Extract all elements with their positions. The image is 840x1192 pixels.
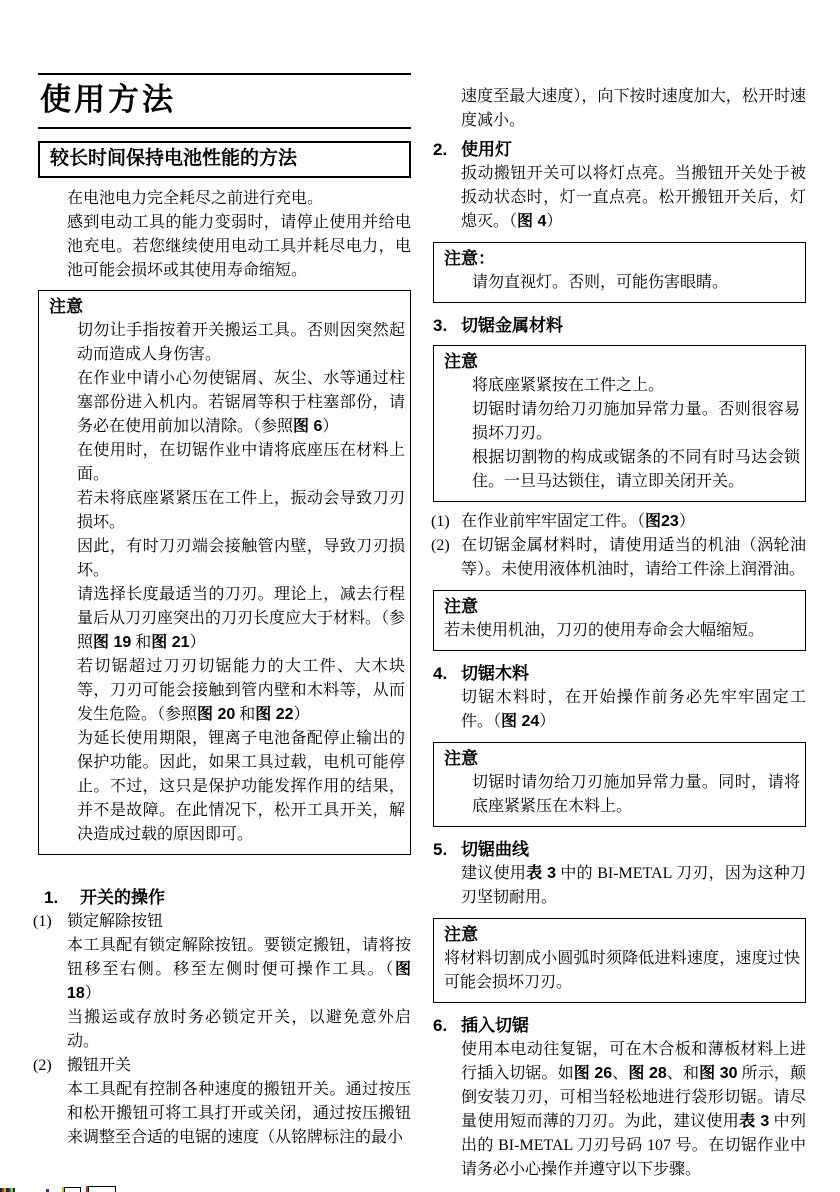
section-2-heading: 2. 使用灯 [433,137,806,162]
wood-caution-box: 注意 切锯时请勿给刀刃施加异常力量。同时，请将底座紧紧压在木料上。 [433,742,806,827]
section-6-heading: 6. 插入切锯 [433,1013,806,1038]
note-text: 请勿直视灯。否则，可能伤害眼睛。 [472,271,800,295]
list-item-text: 在作业前牢牢固定工件。（图23） [461,510,806,534]
manual-page: 使用方法 较长时间保持电池性能的方法 在电池电力完全耗尽之前进行充电。 感到电动… [0,0,840,1192]
paragraph: 本工具配有锁定解除按钮。要锁定搬钮，请将按钮移至右侧。移至左侧时便可操作工具。（… [67,934,411,1006]
list-marker: (2) [431,534,461,582]
page-edge-artifact [88,1186,116,1192]
battery-para-1: 在电池电力完全耗尽之前进行充电。 [67,187,411,211]
section-number: 5. [433,837,461,862]
two-column-layout: 使用方法 较长时间保持电池性能的方法 在电池电力完全耗尽之前进行充电。 感到电动… [0,0,840,1182]
paragraph: 使用本电动往复锯，可在木合板和薄板材料上进行插入切锯。如图 26、图 28、和图… [461,1038,806,1182]
list-marker: (1) [431,510,461,534]
section-4-heading: 4. 切锯木料 [433,661,806,686]
section-3-heading: 3. 切锯金属材料 [433,313,806,338]
section-number: 4. [433,661,461,686]
page-edge-artifact [0,1188,15,1192]
caution-item: 为延长使用期限，锂离子电池备配停止输出的保护功能。因此，如果工具过载，电机可能停… [77,727,405,847]
section-title: 使用灯 [461,137,512,162]
section-1-heading: 1. 开关的操作 [38,885,411,910]
section-title: 切锯木料 [461,661,529,686]
metal-caution-box: 注意 将底座紧紧按在工件之上。 切锯时请勿给刀刃施加异常力量。否则很容易损坏刀刃… [433,345,806,502]
paragraph: 当搬运或存放时务必锁定开关，以避免意外启动。 [67,1006,411,1054]
caution-item: 切锯时请勿给刀刃施加异常力量。否则很容易损坏刀刃。 [472,398,800,446]
caution-text: 切锯时请勿给刀刃施加异常力量。同时，请将底座紧紧压在木料上。 [472,771,800,819]
section-title: 切锯曲线 [461,837,529,862]
paragraph: 本工具配有控制各种速度的搬钮开关。通过按压和松开搬钮可将工具打开或关闭，通过按压… [67,1078,411,1150]
caution-label: 注意 [444,349,800,374]
caution-item: 若切锯超过刀刃切锯能力的大工件、大木块等，刀刃可能会接触到管内壁和木料等，从而发… [77,655,405,727]
caution-item: 将底座紧紧按在工件之上。 [472,374,800,398]
list-item-1: (1) 锁定解除按钮 [33,910,411,934]
caution-item: 若未将底座紧紧压在工件上，振动会导致刀刃损坏。 [77,487,405,535]
list-marker: (1) [33,910,67,934]
oil-note-box: 注意 若未使用机油，刀刃的使用寿命会大幅缩短。 [433,590,806,651]
list-item-title: 锁定解除按钮 [67,910,411,934]
section-title: 切锯金属材料 [461,313,563,338]
main-caution-box: 注意 切勿让手指按着开关搬运工具。否则因突然起动而造成人身伤害。 在作业中请小心… [38,290,411,855]
caution-item: 请选择长度最适当的刀刃。理论上，减去行程量后从刀刃座突出的刀刃长度应大于材料。（… [77,583,405,655]
caution-item: 因此，有时刀刃端会接触管内壁，导致刀刃损坏。 [77,535,405,583]
paragraph: 扳动搬钮开关可以将灯点亮。当搬钮开关处于被扳动状态时，灯一直点亮。松开搬钮开关后… [461,162,806,234]
curve-note-box: 注意 将材料切割成小圆弧时须降低进料速度，速度过快可能会损坏刀刃。 [433,918,806,1003]
note-text: 将材料切割成小圆弧时须降低进料速度，速度过快可能会损坏刀刃。 [444,947,800,995]
battery-paragraph: 在电池电力完全耗尽之前进行充电。 感到电动工具的能力变弱时，请停止使用并给电池充… [67,187,411,283]
caution-label: 注意 [444,746,800,771]
section-title: 插入切锯 [461,1013,529,1038]
battery-heading-box: 较长时间保持电池性能的方法 [38,141,411,178]
section-number: 1. [38,885,80,910]
note-label: 注意： [444,246,800,271]
title-rule-bottom [38,127,411,129]
light-note-box: 注意： 请勿直视灯。否则，可能伤害眼睛。 [433,242,806,303]
caution-item: 在作业中请小心勿使锯屑、灰尘、水等通过柱塞部份进入机内。若锯屑等积于柱塞部份，请… [77,367,405,439]
caution-item: 切勿让手指按着开关搬运工具。否则因突然起动而造成人身伤害。 [77,319,405,367]
column-right: 速度至最大速度），向下按时速度加大，松开时速度减小。 2. 使用灯 扳动搬钮开关… [433,73,806,1182]
section-number: 3. [433,313,461,338]
section-number: 6. [433,1013,461,1038]
caution-item: 根据切割物的构成或锯条的不同有时马达会锁住。一旦马达锁住，请立即关闭开关。 [472,446,800,494]
note-label: 注意 [444,594,800,619]
list-item-2: (2) 在切锯金属材料时，请使用适当的机油（涡轮油等）。未使用液体机油时，请给工… [431,534,806,582]
list-item-title: 搬钮开关 [67,1054,411,1078]
title-rule-top [38,73,411,75]
caution-item: 在使用时，在切锯作业中请将底座压在材料上面。 [77,439,405,487]
page-title: 使用方法 [40,80,411,120]
note-label: 注意 [444,922,800,947]
caution-label: 注意 [49,294,405,319]
column-left: 使用方法 较长时间保持电池性能的方法 在电池电力完全耗尽之前进行充电。 感到电动… [38,73,411,1182]
section-title: 开关的操作 [80,885,165,910]
paragraph: 建议使用表 3 中的 BI-METAL 刀刃，因为这种刀刃坚韧耐用。 [461,862,806,910]
page-edge-artifact [64,1187,81,1192]
section-number: 2. [433,137,461,162]
section-5-heading: 5. 切锯曲线 [433,837,806,862]
note-text: 若未使用机油，刀刃的使用寿命会大幅缩短。 [444,619,800,643]
paragraph: 切锯木料时，在开始操作前务必先牢牢固定工件。（图 24） [461,686,806,734]
list-item-1: (1) 在作业前牢牢固定工件。（图23） [431,510,806,534]
list-item-2: (2) 搬钮开关 [33,1054,411,1078]
battery-para-2: 感到电动工具的能力变弱时，请停止使用并给电池充电。若您继续使用电动工具并耗尽电力… [67,211,411,283]
list-marker: (2) [33,1054,67,1078]
list-item-text: 在切锯金属材料时，请使用适当的机油（涡轮油等）。未使用液体机油时，请给工件涂上润… [461,534,806,582]
continuation-paragraph: 速度至最大速度），向下按时速度加大，松开时速度减小。 [461,85,806,133]
